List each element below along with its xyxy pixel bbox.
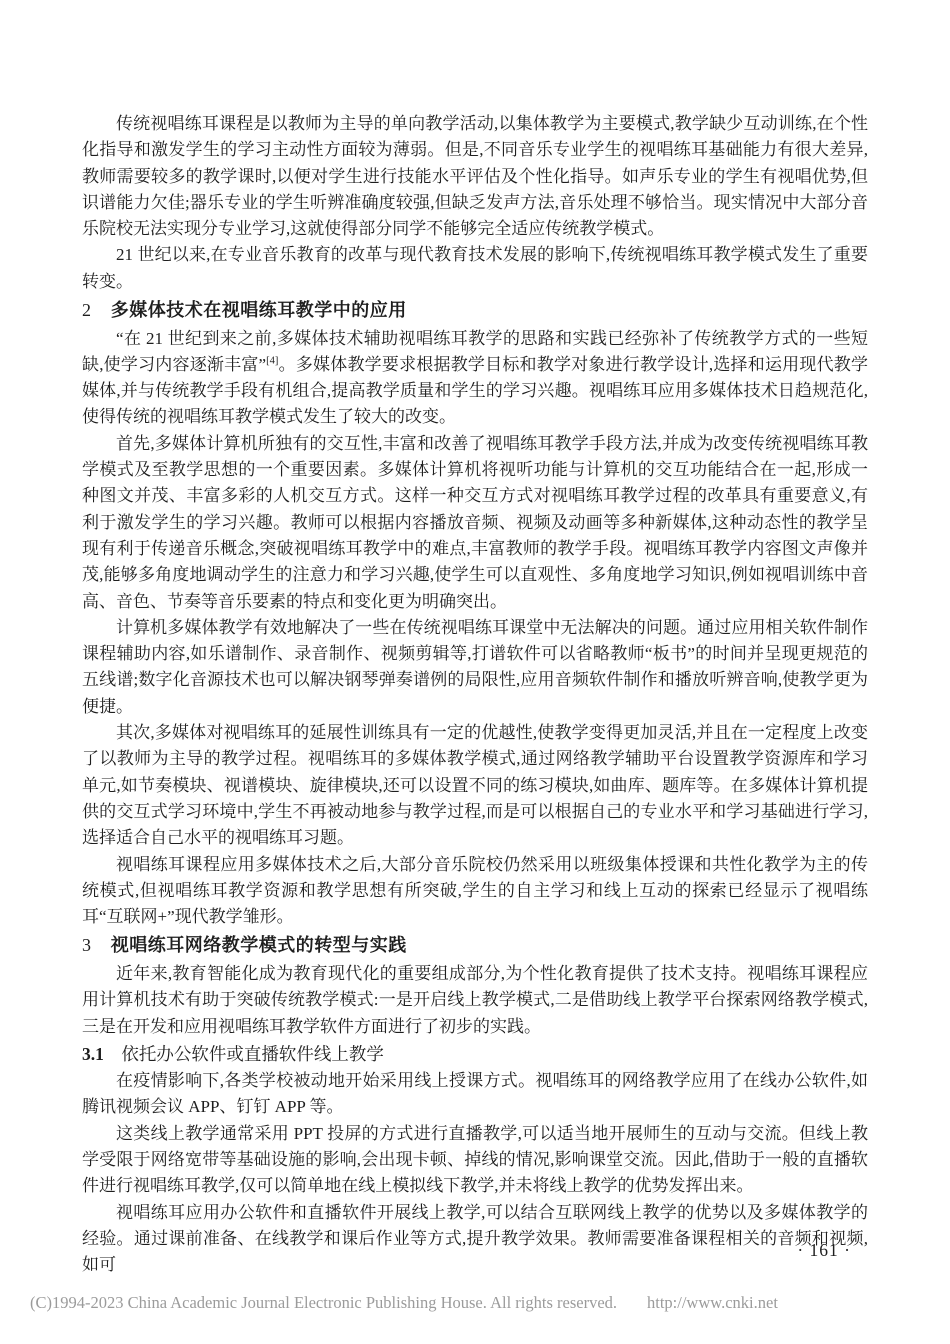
page-number: · 161 · [797, 1240, 851, 1261]
heading-title: 依托办公软件或直播软件线上教学 [121, 1044, 384, 1064]
body-paragraph: 其次,多媒体对视唱练耳的延展性训练具有一定的优越性,使教学变得更加灵活,并且在一… [82, 720, 868, 851]
body-paragraph: 在疫情影响下,各类学校被动地开始采用线上授课方式。视唱练耳的网络教学应用了在线办… [82, 1068, 868, 1121]
heading-number: 3 [82, 935, 91, 955]
citation-marker: [4] [266, 355, 278, 366]
body-paragraph: 计算机多媒体教学有效地解决了一些在传统视唱练耳课堂中无法解决的问题。通过应用相关… [82, 615, 868, 720]
heading-title: 多媒体技术在视唱练耳教学中的应用 [111, 300, 407, 320]
heading-number: 3.1 [82, 1044, 104, 1064]
body-paragraph: 首先,多媒体计算机所独有的交互性,丰富和改善了视唱练耳教学手段方法,并成为改变传… [82, 431, 868, 615]
section-heading: 2多媒体技术在视唱练耳教学中的应用 [82, 297, 868, 324]
body-paragraph: 视唱练耳课程应用多媒体技术之后,大部分音乐院校仍然采用以班级集体授课和共性化教学… [82, 852, 868, 931]
heading-title: 视唱练耳网络教学模式的转型与实践 [111, 935, 407, 955]
body-paragraph: 这类线上教学通常采用 PPT 投屏的方式进行直播教学,可以适当地开展师生的互动与… [82, 1121, 868, 1200]
subsection-heading: 3.1依托办公软件或直播软件线上教学 [82, 1041, 868, 1067]
body-paragraph: 传统视唱练耳课程是以教师为主导的单向教学活动,以集体教学为主要模式,教学缺少互动… [82, 111, 868, 242]
heading-number: 2 [82, 300, 91, 320]
document-body: 传统视唱练耳课程是以教师为主导的单向教学活动,以集体教学为主要模式,教学缺少互动… [82, 111, 868, 1278]
body-paragraph: 近年来,教育智能化成为教育现代化的重要组成部分,为个性化教育提供了技术支持。视唱… [82, 961, 868, 1040]
body-paragraph: 21 世纪以来,在专业音乐教育的改革与现代教育技术发展的影响下,传统视唱练耳教学… [82, 242, 868, 295]
body-paragraph: “在 21 世纪到来之前,多媒体技术辅助视唱练耳教学的思路和实践已经弥补了传统教… [82, 326, 868, 431]
body-paragraph: 视唱练耳应用办公软件和直播软件开展线上教学,可以结合互联网线上教学的优势以及多媒… [82, 1200, 868, 1279]
cnki-footer: (C)1994-2023 China Academic Journal Elec… [30, 1293, 778, 1313]
footer-url-text: http://www.cnki.net [647, 1293, 778, 1312]
section-heading: 3视唱练耳网络教学模式的转型与实践 [82, 932, 868, 959]
copyright-text: (C)1994-2023 China Academic Journal Elec… [30, 1293, 617, 1312]
document-page: 传统视唱练耳课程是以教师为主导的单向教学活动,以集体教学为主要模式,教学缺少互动… [0, 0, 950, 1344]
